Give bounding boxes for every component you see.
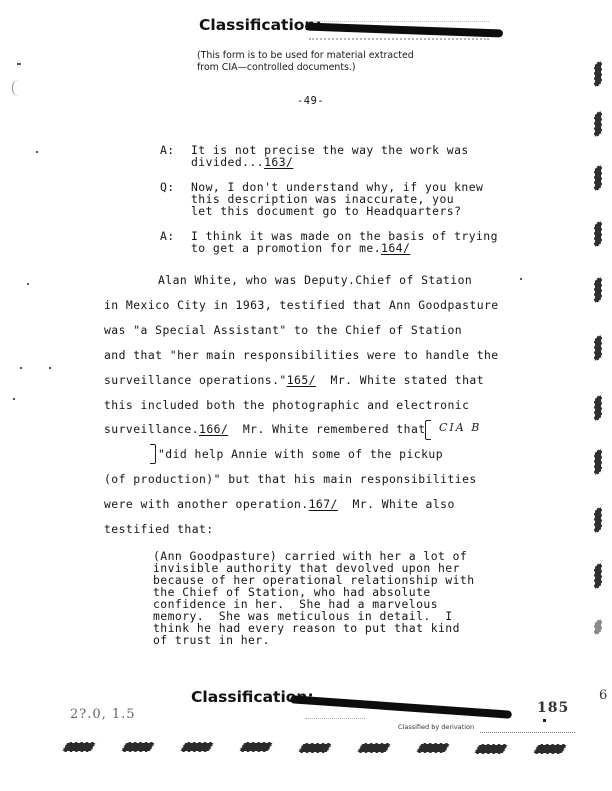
redaction-bracket-close (150, 444, 156, 464)
body-text: surveillance. (104, 422, 199, 436)
speaker-label: A: (160, 229, 175, 243)
page-number: -49- (297, 95, 324, 107)
scan-speck (13, 398, 15, 400)
scan-speck (520, 278, 522, 280)
security-pattern-icon (120, 742, 156, 752)
security-pattern-icon (532, 744, 568, 754)
security-pattern-icon (356, 743, 392, 753)
security-pattern-icon (594, 562, 602, 591)
security-pattern-icon (594, 334, 602, 363)
scan-speck (20, 367, 22, 369)
security-pattern-icon (415, 743, 451, 753)
scan-speck (36, 151, 38, 153)
quote-line: of trust in her. (153, 633, 270, 647)
body-text: were with another operation. (104, 497, 309, 511)
security-pattern-icon (594, 276, 602, 305)
security-pattern-icon (594, 220, 602, 249)
body-line: (of production)" but that his main respo… (104, 472, 477, 486)
security-pattern-icon (594, 448, 602, 477)
body-line: "did help Annie with some of the pickup (158, 447, 443, 461)
speaker-label: A: (160, 143, 175, 157)
footer-faint-stamp (305, 712, 365, 719)
security-pattern-icon (594, 394, 602, 423)
form-note-line-1: (This form is to be used for material ex… (197, 50, 414, 62)
security-pattern-icon (594, 618, 602, 637)
scan-speck (27, 283, 29, 285)
security-pattern-icon (238, 742, 274, 752)
classified-by-text: Classified by derivation (398, 723, 474, 731)
security-pattern-icon (594, 60, 602, 89)
body-line: testified that: (104, 522, 214, 536)
body-line: Alan White, who was Deputy.Chief of Stat… (158, 273, 472, 287)
body-line: and that "her main responsibilities were… (104, 348, 499, 362)
security-pattern-icon (179, 742, 215, 752)
scan-speck (49, 367, 51, 369)
doc-id-stamp: 2?.0, 1.5 (70, 707, 136, 722)
body-line: surveillance.166/ Mr. White remembered t… (104, 422, 426, 436)
form-note-line-2: from CIA—controlled documents.) (197, 62, 356, 74)
body-text: Mr. White also (338, 497, 455, 511)
body-text: Mr. White remembered that (228, 422, 425, 436)
security-pattern-icon (594, 506, 602, 535)
footnote-ref-163: 163/ (264, 155, 293, 169)
testimony-line: divided...163/ (191, 155, 293, 169)
body-line: were with another operation.167/ Mr. Whi… (104, 497, 455, 511)
stamp-number: 185 (537, 700, 569, 716)
header-classification-label: Classification: (199, 16, 322, 34)
security-pattern-icon (61, 742, 97, 752)
footnote-ref-164: 164/ (381, 241, 410, 255)
body-text: surveillance operations." (104, 373, 287, 387)
body-line: in Mexico City in 1963, testified that A… (104, 298, 499, 312)
body-line: surveillance operations."165/ Mr. White … (104, 373, 484, 387)
body-text: Mr. White stated that (316, 373, 484, 387)
footnote-ref-167: 167/ (309, 497, 338, 511)
footnote-ref-166: 166/ (199, 422, 228, 436)
edge-mark: 6 (599, 688, 607, 703)
scan-speck (17, 63, 21, 65)
header-redaction-mark (305, 18, 505, 40)
security-pattern-icon (297, 743, 333, 753)
body-line: was "a Special Assistant" to the Chief o… (104, 323, 462, 337)
testimony-line: to get a promotion for me.164/ (191, 241, 410, 255)
footnote-ref-165: 165/ (287, 373, 316, 387)
security-pattern-icon (473, 744, 509, 754)
ink-dot (543, 719, 546, 722)
redaction-bracket-open (425, 420, 431, 440)
scan-speck (12, 80, 19, 96)
security-pattern-icon (594, 164, 602, 193)
body-line: this included both the photographic and … (104, 398, 469, 412)
security-pattern-icon (594, 110, 602, 139)
handwritten-redaction-note: CIA B (439, 421, 481, 434)
testimony-text: divided... (191, 155, 264, 169)
speaker-label: Q: (160, 180, 175, 194)
testimony-line: let this document go to Headquarters? (191, 204, 461, 218)
testimony-text: to get a promotion for me. (191, 241, 381, 255)
footer-dotted-line (480, 731, 575, 733)
